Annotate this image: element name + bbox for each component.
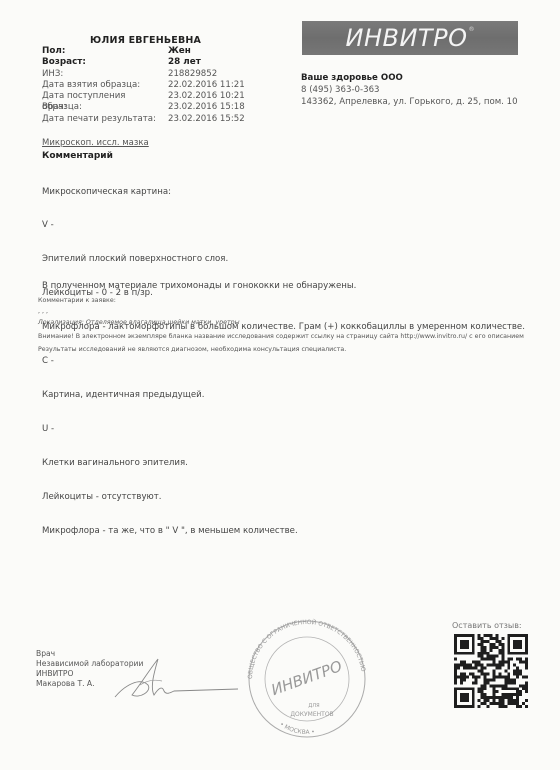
info-label: Пол: bbox=[42, 46, 168, 57]
stamp-icon: ОБЩЕСТВО С ОГРАНИЧЕННОЙ ОТВЕТСТВЕННОСТЬЮ… bbox=[232, 617, 382, 741]
info-row-age: Возраст: 28 лет bbox=[42, 57, 245, 68]
qr-code-icon[interactable] bbox=[454, 633, 528, 709]
info-value: 28 лет bbox=[168, 57, 201, 68]
localization-note: Локализация: Отделяемое влагалища,шейки … bbox=[38, 319, 240, 326]
result-line: Клетки вагинального эпителия. bbox=[42, 458, 525, 469]
test-title: Микроскоп. иссл. мазка bbox=[42, 138, 149, 148]
info-value: 23.02.2016 10:21 bbox=[168, 91, 245, 102]
info-value: 23.02.2016 15:52 bbox=[168, 114, 245, 125]
result-line: Картина, идентичная предыдущей. bbox=[42, 390, 525, 401]
order-comments-label: Комментарии к заявке: bbox=[38, 297, 116, 304]
info-value: 22.02.2016 11:21 bbox=[168, 80, 245, 91]
info-label: Дата взятия образца: bbox=[42, 80, 168, 91]
result-line: C - bbox=[42, 356, 525, 367]
patient-name: ЮЛИЯ ЕВГЕНЬЕВНА bbox=[90, 35, 201, 46]
invitro-logo: ИНВИТРО ® bbox=[302, 21, 518, 55]
result-text: Микроскопическая картина: V - Эпителий п… bbox=[42, 164, 525, 559]
logo-text: ИНВИТРО bbox=[346, 24, 468, 52]
info-row-print-date: Дата печати результата: 23.02.2016 15:52 bbox=[42, 114, 245, 125]
svg-text:ДОКУМЕНТОВ: ДОКУМЕНТОВ bbox=[290, 711, 333, 718]
info-label: Дата поступления образца: bbox=[42, 91, 168, 102]
result-line: Микрофлора - та же, что в " V ", в меньш… bbox=[42, 526, 525, 537]
svg-text:• МОСКВА •: • МОСКВА • bbox=[278, 721, 315, 736]
info-row-inz: ИНЗ: 218829852 bbox=[42, 69, 245, 80]
order-comments-value: , , , bbox=[38, 308, 48, 315]
info-row-sex: Пол: Жен bbox=[42, 46, 245, 57]
info-label: Дата печати результата: bbox=[42, 114, 168, 125]
patient-info-table: Пол: Жен Возраст: 28 лет ИНЗ: 218829852 … bbox=[42, 46, 245, 125]
info-value: 23.02.2016 15:18 bbox=[168, 102, 245, 113]
warning-note: Внимание! В электронном экземпляре бланк… bbox=[38, 333, 524, 340]
result-line: Эпителий плоский поверхностного слоя. bbox=[42, 254, 525, 265]
conclusion: В полученном материале трихомонады и гон… bbox=[42, 281, 356, 291]
info-row-doctor: Врач: 23.02.2016 15:18 bbox=[42, 102, 245, 113]
feedback-label: Оставить отзыв: bbox=[452, 621, 522, 630]
company-address: 143362, Апрелевка, ул. Горького, д. 25, … bbox=[301, 96, 518, 108]
svg-text:ИНВИТРО: ИНВИТРО bbox=[269, 657, 345, 699]
info-value: Жен bbox=[168, 46, 191, 57]
result-line: V - bbox=[42, 220, 525, 231]
result-line: Лейкоциты - отсутствуют. bbox=[42, 492, 525, 503]
company-phone: 8 (495) 363-0-363 bbox=[301, 84, 518, 96]
info-row-sample-taken: Дата взятия образца: 22.02.2016 11:21 bbox=[42, 80, 245, 91]
result-line: Микроскопическая картина: bbox=[42, 187, 525, 198]
info-label: ИНЗ: bbox=[42, 69, 168, 80]
disclaimer-note: Результаты исследований не являются диаг… bbox=[38, 346, 346, 353]
info-row-sample-received: Дата поступления образца: 23.02.2016 10:… bbox=[42, 91, 245, 102]
lab-result-document: ЮЛИЯ ЕВГЕНЬЕВНА Пол: Жен Возраст: 28 лет… bbox=[0, 0, 560, 770]
info-label: Врач: bbox=[42, 102, 168, 113]
registered-mark-icon: ® bbox=[468, 26, 474, 33]
info-value: 218829852 bbox=[168, 69, 217, 80]
signature-icon bbox=[110, 655, 240, 705]
company-info: Ваше здоровье ООО 8 (495) 363-0-363 1433… bbox=[301, 72, 518, 108]
result-line: U - bbox=[42, 424, 525, 435]
info-label: Возраст: bbox=[42, 57, 168, 68]
comment-heading: Комментарий bbox=[42, 151, 113, 161]
company-name: Ваше здоровье ООО bbox=[301, 72, 518, 84]
svg-text:ДЛЯ: ДЛЯ bbox=[308, 703, 319, 709]
